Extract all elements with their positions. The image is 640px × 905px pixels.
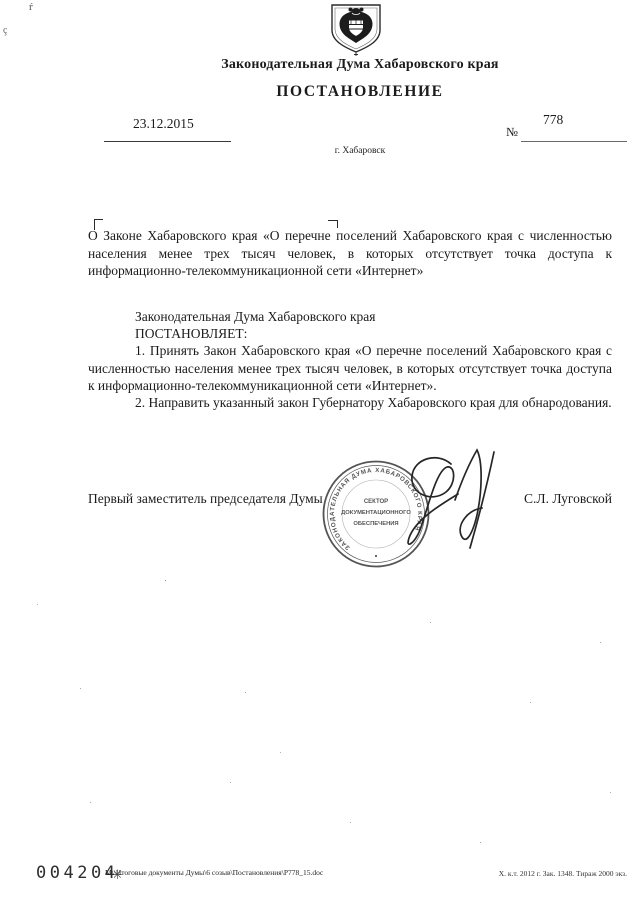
- doc-number: 778: [543, 112, 563, 128]
- doc-date: 23.12.2015: [133, 116, 194, 132]
- body-preamble: Законодательная Дума Хабаровского края: [88, 308, 612, 325]
- print-shop-info: Х. к.т. 2012 г. Зак. 1348. Тираж 2000 эк…: [499, 869, 627, 878]
- body-resolve-word: ПОСТАНОВЛЯЕТ:: [88, 325, 612, 342]
- scan-artifact: ŕ: [29, 1, 33, 13]
- body-item: 1. Принять Закон Хабаровского края «О пе…: [88, 342, 612, 394]
- doc-title: О Законе Хабаровского края «О перечне по…: [88, 227, 612, 280]
- date-underline: [104, 140, 231, 142]
- org-name: Законодательная Дума Хабаровского края: [100, 57, 620, 73]
- doc-city: г. Хабаровск: [100, 146, 620, 156]
- number-sign: №: [506, 125, 518, 140]
- signer-position: Первый заместитель председателя Думы: [88, 491, 323, 507]
- handwritten-signature: [395, 440, 505, 555]
- file-path-text: М:\Итоговые документы Думы\6 созыв\Поста…: [105, 868, 323, 877]
- signer-name: С.Л. Луговской: [524, 491, 612, 507]
- scan-noise-dots: [165, 580, 166, 581]
- stamp-center-line: ОБЕСПЕЧЕНИЯ: [353, 521, 398, 527]
- scan-artifact: ç: [3, 25, 7, 36]
- stamp-center-line: СЕКТОР: [364, 499, 388, 505]
- coat-of-arms-khabarovsk-krai-icon: [329, 2, 383, 58]
- number-underline: [521, 140, 627, 142]
- doc-type-title: ПОСТАНОВЛЕНИЕ: [100, 83, 620, 101]
- body-item: 2. Направить указанный закон Губернатору…: [88, 394, 612, 411]
- document-page: ŕ ç Законодательная Дума Хабаровского кр…: [0, 0, 640, 905]
- footer-ornament-icon: ✳: [112, 868, 123, 883]
- doc-body: Законодательная Дума Хабаровского края П…: [88, 308, 612, 411]
